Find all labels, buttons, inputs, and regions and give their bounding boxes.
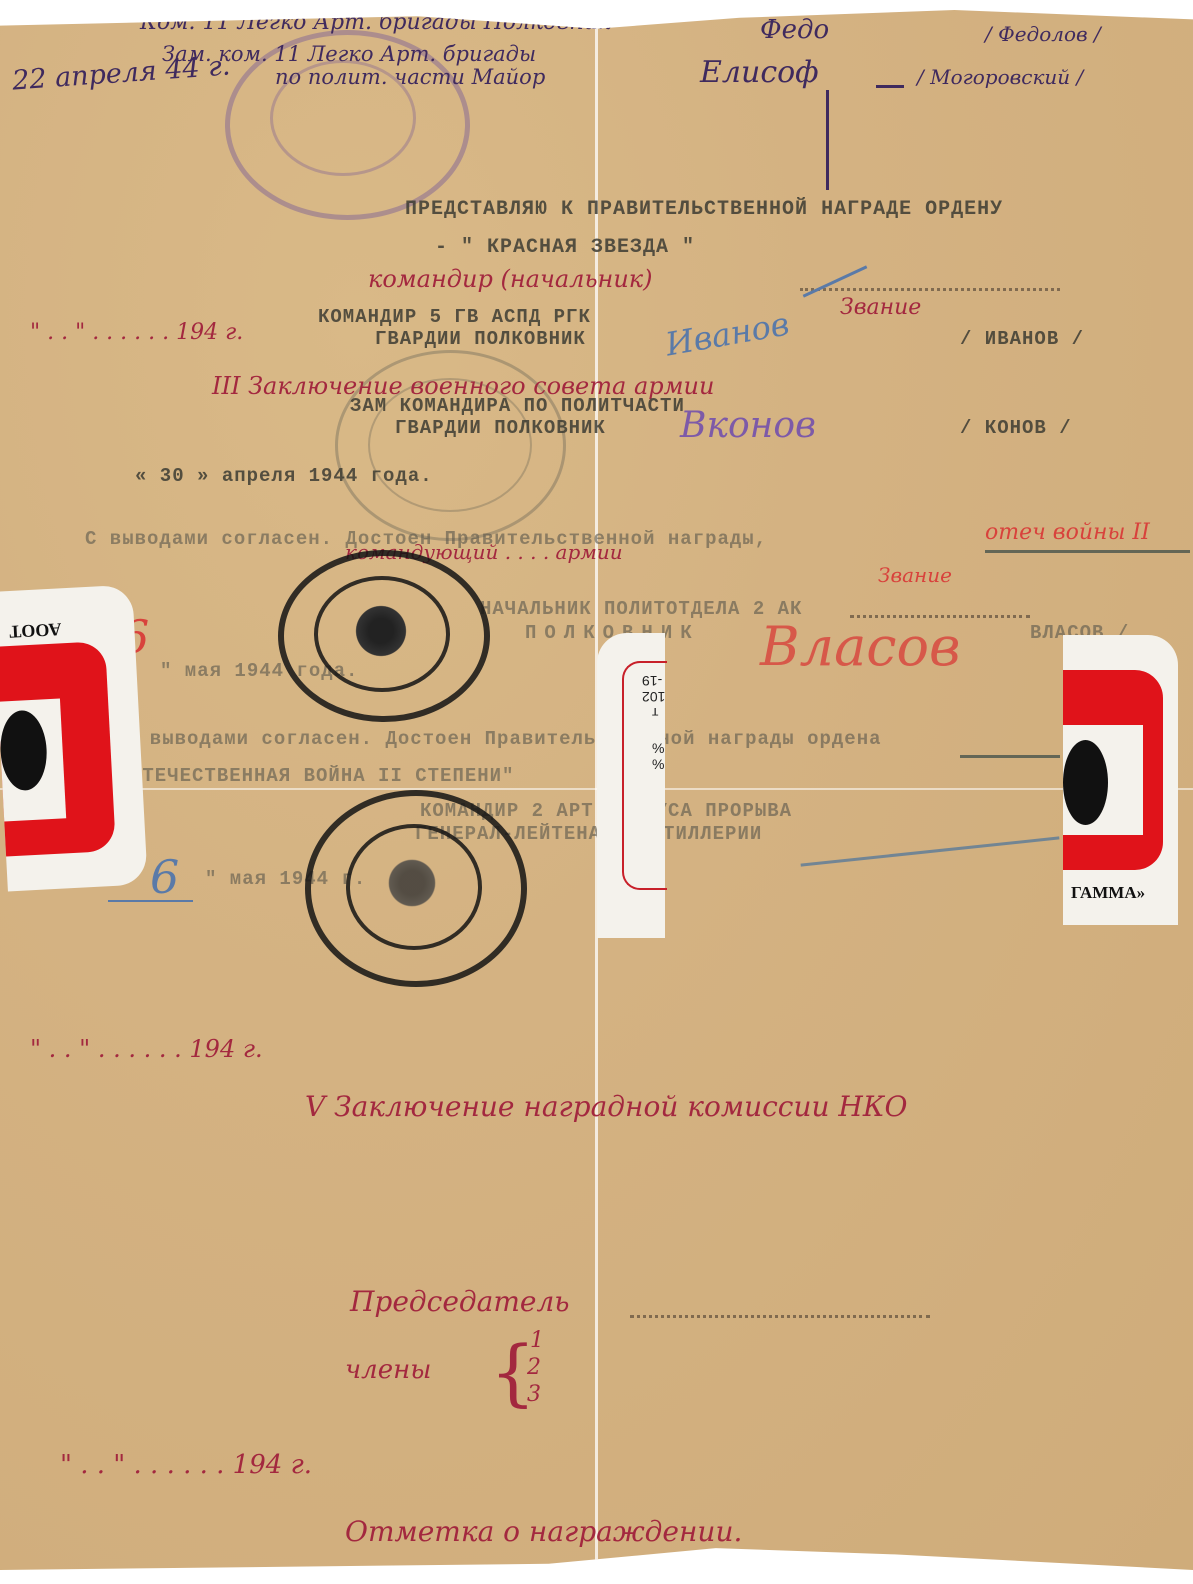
middle-sticker-line-3: т	[652, 705, 658, 721]
nko-date-template: " . . " . . . . . . 194 г.	[30, 1035, 263, 1063]
heading-line2: - " КРАСНАЯ ЗВЕЗДА "	[435, 236, 695, 259]
corps-date-day: 6	[150, 850, 179, 904]
signature-tail	[826, 90, 829, 190]
blue-pencil-stroke	[803, 265, 868, 297]
soviet-emblem-icon	[352, 602, 410, 660]
header-line-deputy: Зам. ком. 11 Легко Арт. бригады	[162, 42, 536, 66]
nko-member-2: 2	[527, 1355, 541, 1380]
commander-signature: Иванов	[663, 304, 792, 363]
signature-fedolov: Федо	[760, 15, 829, 45]
commander-position: КОМАНДИР 5 ГВ АСПД РГК	[318, 306, 591, 328]
commander-rank: ГВАРДИИ ПОЛКОВНИК	[375, 328, 586, 350]
black-stamp-corps	[305, 790, 527, 987]
corps-order: ОТЕЧЕСТВЕННАЯ ВОЙНА II СТЕПЕНИ"	[130, 765, 514, 787]
header-line-political: по полит. части Майор	[275, 65, 545, 89]
commander-handwritten-label: командир (начальник)	[368, 265, 652, 293]
right-gamma-sticker: ГАММА»	[1063, 635, 1178, 925]
nko-date-template-2: " . . " . . . . . . 194 г.	[60, 1450, 312, 1480]
heading-line1: ПРЕДСТАВЛЯЮ К ПРАВИТЕЛЬСТВЕННОЙ НАГРАДЕ …	[405, 198, 1003, 221]
council-rank: ГВАРДИИ ПОЛКОВНИК	[395, 417, 606, 439]
political-position: НАЧАЛЬНИК ПОЛИТОТДЕЛА 2 АК	[480, 598, 802, 620]
commander-date-template: " . . " . . . . . . 194 г.	[30, 320, 243, 345]
middle-sticker-line-2: 102	[642, 689, 665, 705]
political-signature: Власов	[760, 615, 960, 678]
nko-award-mark-label: Отметка о награждении.	[345, 1515, 742, 1548]
political-zvanie-label: Звание	[878, 563, 952, 587]
nko-chairman-dotted-line	[630, 1315, 930, 1318]
signature-mogorovsky: Елисоф	[700, 55, 819, 90]
council-date: « 30 » апреля 1944 года.	[135, 465, 433, 487]
corps-pencil-signature	[801, 836, 1060, 866]
name-mogorovsky: / Могоровский /	[917, 65, 1083, 89]
middle-sticker-line-5: %	[652, 756, 664, 772]
nko-member-1: 1	[530, 1328, 544, 1353]
commander-name: / ИВАНОВ /	[960, 328, 1084, 350]
corps-date-underline	[108, 900, 193, 902]
nko-chairman-label: Председатель	[350, 1285, 570, 1318]
political-underline	[985, 550, 1190, 553]
council-name: / КОНОВ /	[960, 417, 1072, 439]
name-fedolov: / Федолов /	[985, 22, 1101, 46]
council-signature: Вконов	[680, 405, 816, 446]
left-sticker-text: АООТ	[9, 618, 62, 642]
middle-sticker-line-1: -19	[642, 673, 662, 689]
nko-member-3: 3	[527, 1382, 541, 1407]
middle-sticker-line-4: %	[652, 740, 664, 756]
middle-sticker: -19 102 т % %	[597, 633, 665, 938]
black-stamp-political-dept	[278, 550, 490, 722]
signature-dash	[876, 85, 904, 88]
right-sticker-text: ГАММА»	[1071, 883, 1145, 903]
nko-members-label: члены	[345, 1355, 431, 1385]
soviet-emblem-icon	[383, 854, 441, 912]
political-handwritten-addition: отеч войны II	[985, 520, 1150, 545]
left-gamma-sticker: АООТ	[0, 585, 148, 892]
gamma-logo-icon	[1063, 740, 1108, 825]
commander-dotted-line	[800, 288, 1060, 291]
council-position: ЗАМ КОМАНДИРА ПО ПОЛИТЧАСТИ	[350, 395, 685, 417]
commander-zvanie-label: Звание	[840, 295, 921, 320]
nko-handwritten-label: V Заключение наградной комиссии НКО	[305, 1090, 907, 1123]
corps-conclusion: С выводами согласен. Достоен Правительст…	[125, 728, 882, 750]
corps-underline	[960, 755, 1060, 758]
header-line-commander: Ком. 11 Легко Арт. бригады Полковник	[140, 10, 611, 35]
